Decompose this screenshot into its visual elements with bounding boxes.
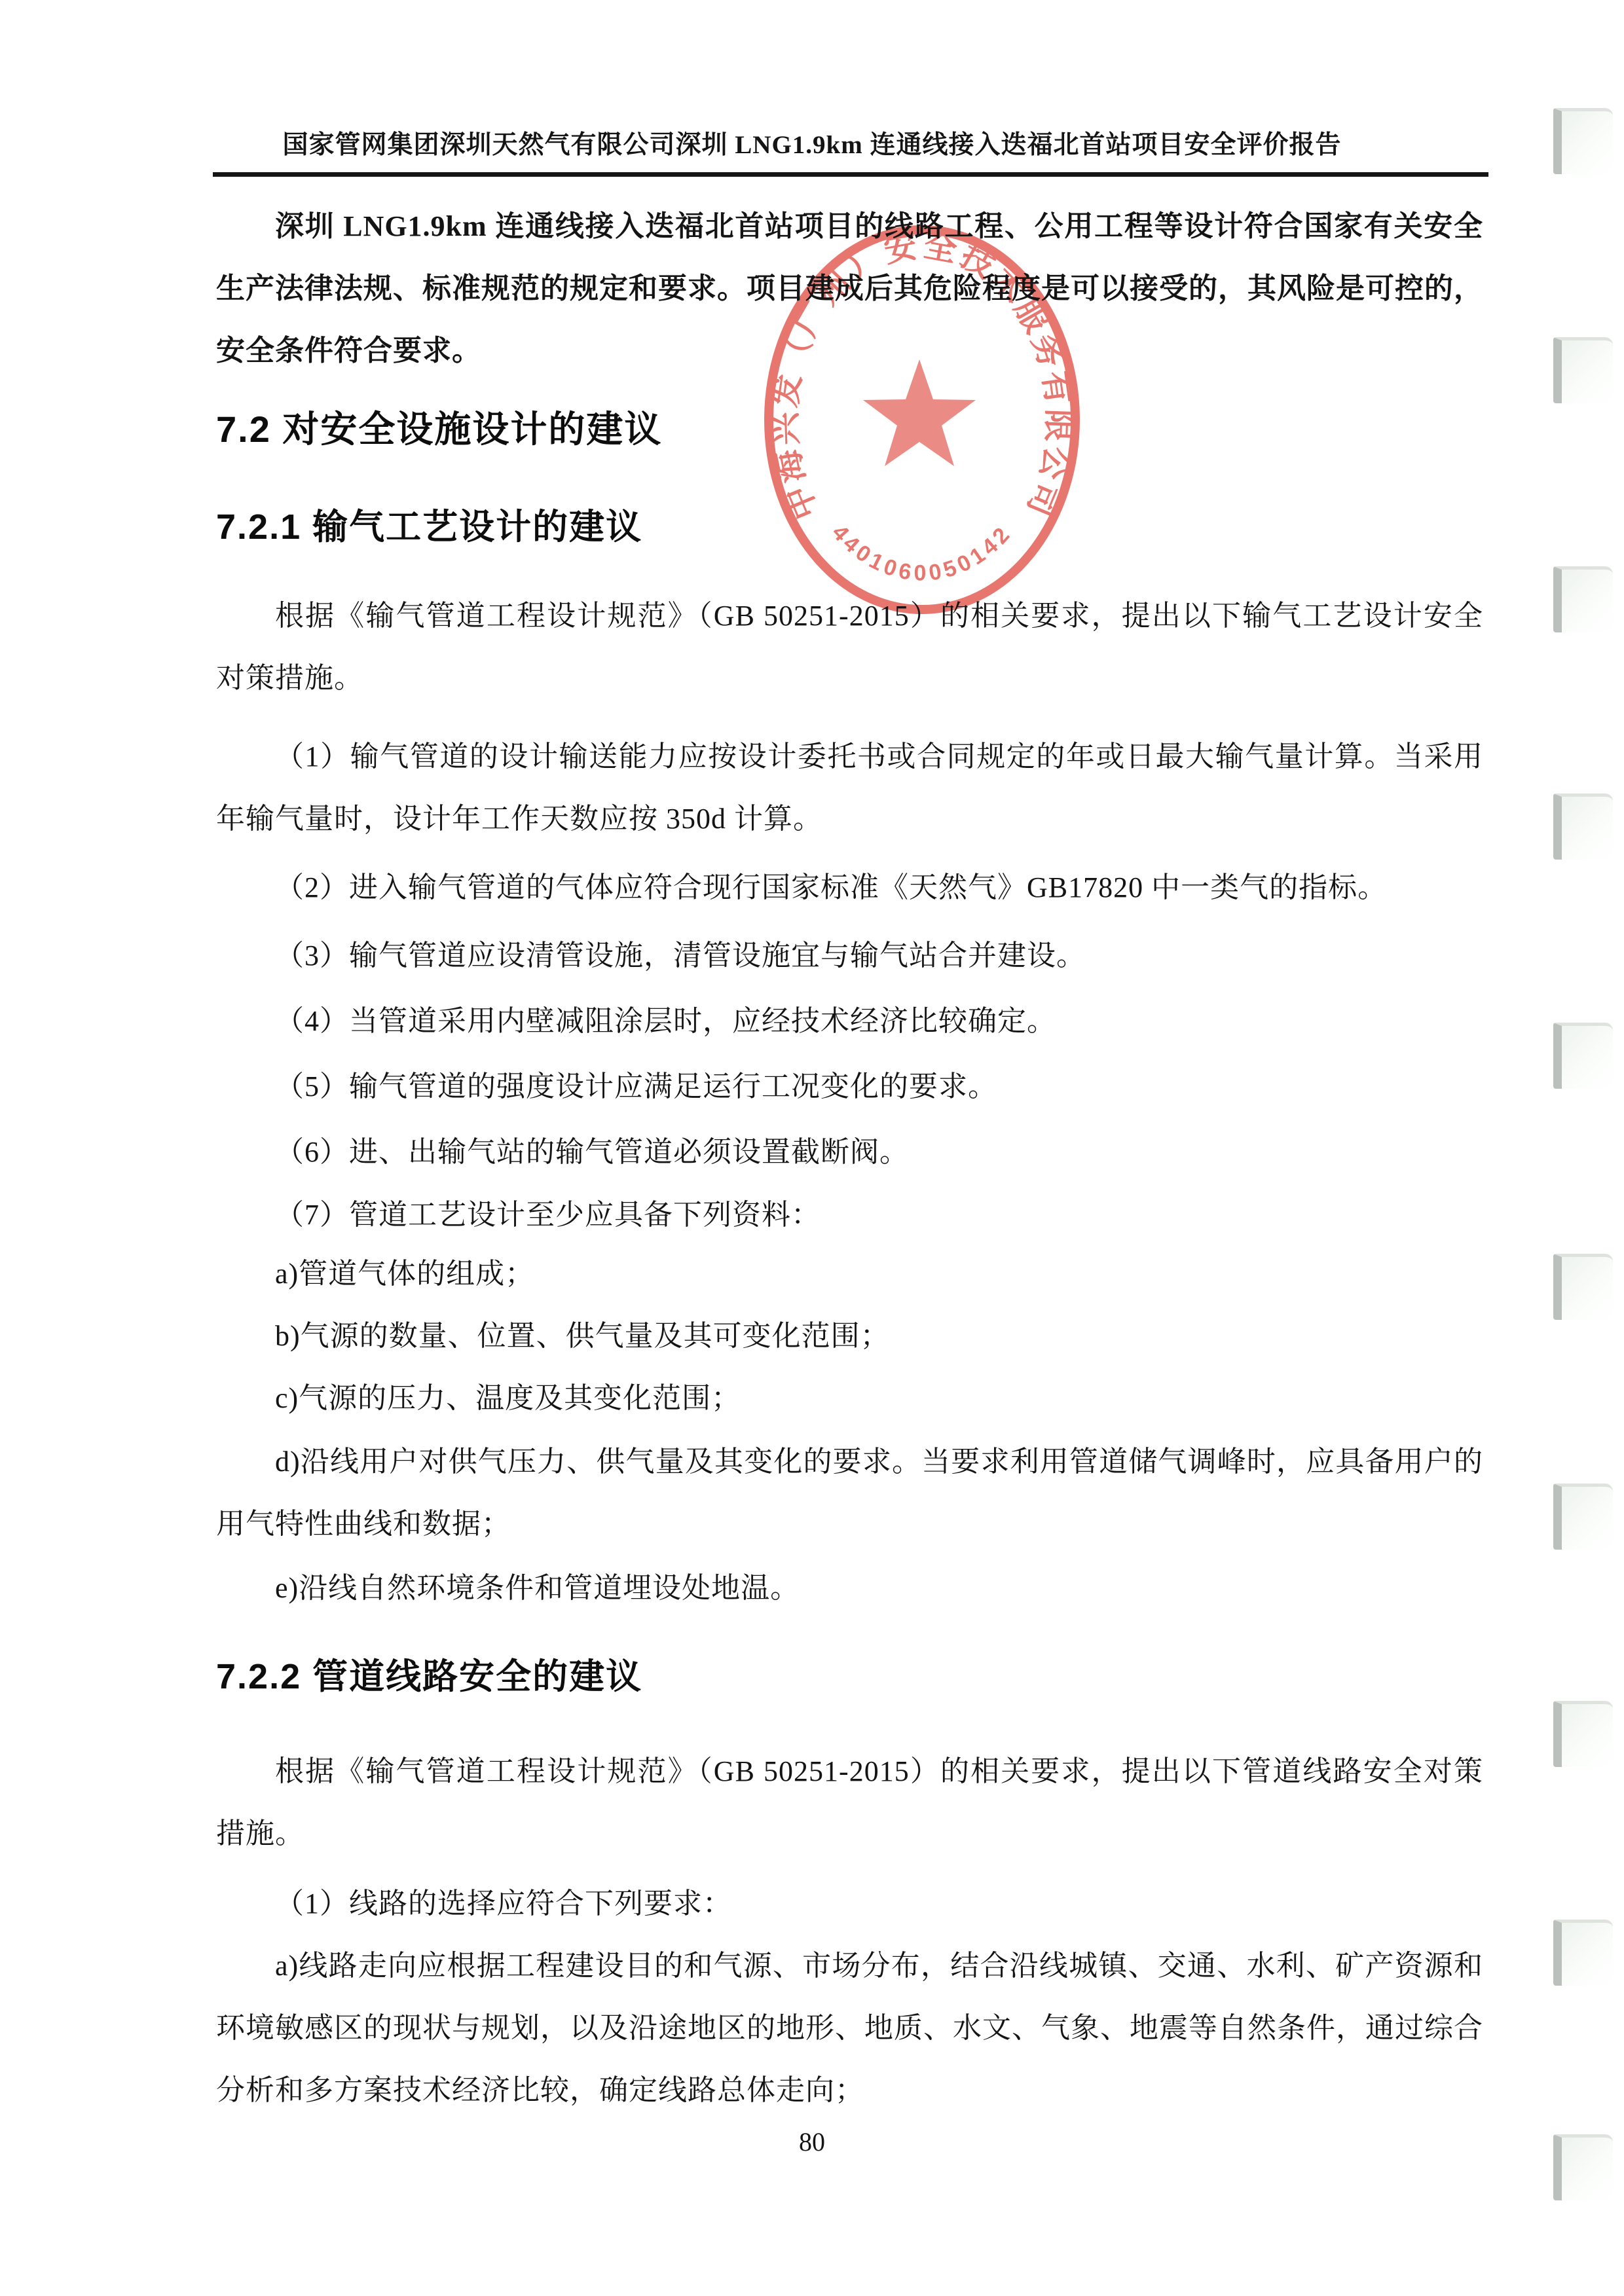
- sub-list-item: b)气源的数量、位置、供气量及其可变化范围；: [216, 1305, 1483, 1367]
- section-7-2-heading: 7.2 对安全设施设计的建议: [216, 401, 1483, 453]
- sub-list-item: a)管道气体的组成；: [216, 1243, 1483, 1305]
- page-number: 80: [0, 2126, 1624, 2157]
- binding-hole-mark: [1553, 337, 1613, 403]
- header-rule: [213, 172, 1488, 177]
- binding-hole-mark: [1553, 793, 1613, 860]
- list-item: （5）输气管道的强度设计应满足运行工况变化的要求。: [216, 1055, 1483, 1118]
- binding-hole-mark: [1553, 108, 1613, 174]
- binding-hole-mark: [1553, 1920, 1613, 1986]
- binding-hole-mark: [1553, 1023, 1613, 1089]
- list-item: （7）管道工艺设计至少应具备下列资料：: [216, 1184, 1483, 1246]
- section-7-2-1-heading: 7.2.1 输气工艺设计的建议: [216, 499, 1483, 549]
- section-7-2-2-heading: 7.2.2 管道线路安全的建议: [216, 1649, 1483, 1699]
- sub-list-item: d)沿线用户对供气压力、供气量及其变化的要求。当要求利用管道储气调峰时，应具备用…: [216, 1430, 1483, 1555]
- document-page: 国家管网集团深圳天然气有限公司深圳 LNG1.9km 连通线接入迭福北首站项目安…: [0, 0, 1624, 2296]
- list-item: （1）输气管道的设计输送能力应按设计委托书或合同规定的年或日最大输气量计算。当采…: [216, 725, 1483, 850]
- list-item: （4）当管道采用内壁减阻涂层时，应经技术经济比较确定。: [216, 990, 1483, 1052]
- binding-hole-mark: [1553, 2134, 1613, 2200]
- list-item: （1）线路的选择应符合下列要求：: [216, 1872, 1483, 1935]
- conclusion-paragraph: 深圳 LNG1.9km 连通线接入迭福北首站项目的线路工程、公用工程等设计符合国…: [216, 195, 1483, 382]
- binding-hole-mark: [1553, 1701, 1613, 1767]
- binding-hole-mark: [1553, 1254, 1613, 1320]
- list-item: （3）输气管道应设清管设施，清管设施宜与输气站合并建设。: [216, 924, 1483, 987]
- sub-list-item: e)沿线自然环境条件和管道埋设处地温。: [216, 1557, 1483, 1619]
- list-item: a)线路走向应根据工程建设目的和气源、市场分布，结合沿线城镇、交通、水利、矿产资…: [216, 1935, 1483, 2121]
- page-header-title: 国家管网集团深圳天然气有限公司深圳 LNG1.9km 连通线接入迭福北首站项目安…: [0, 124, 1624, 161]
- sub-list-item: c)气源的压力、温度及其变化范围；: [216, 1367, 1483, 1429]
- section-7-2-1-intro: 根据《输气管道工程设计规范》（GB 50251-2015）的相关要求，提出以下输…: [216, 585, 1483, 709]
- binding-hole-mark: [1553, 566, 1613, 632]
- list-item: （2）进入输气管道的气体应符合现行国家标准《天然气》GB17820 中一类气的指…: [216, 856, 1483, 919]
- section-7-2-2-intro: 根据《输气管道工程设计规范》（GB 50251-2015）的相关要求，提出以下管…: [216, 1740, 1483, 1865]
- list-item: （6）进、出输气站的输气管道必须设置截断阀。: [216, 1121, 1483, 1183]
- binding-hole-mark: [1553, 1484, 1613, 1550]
